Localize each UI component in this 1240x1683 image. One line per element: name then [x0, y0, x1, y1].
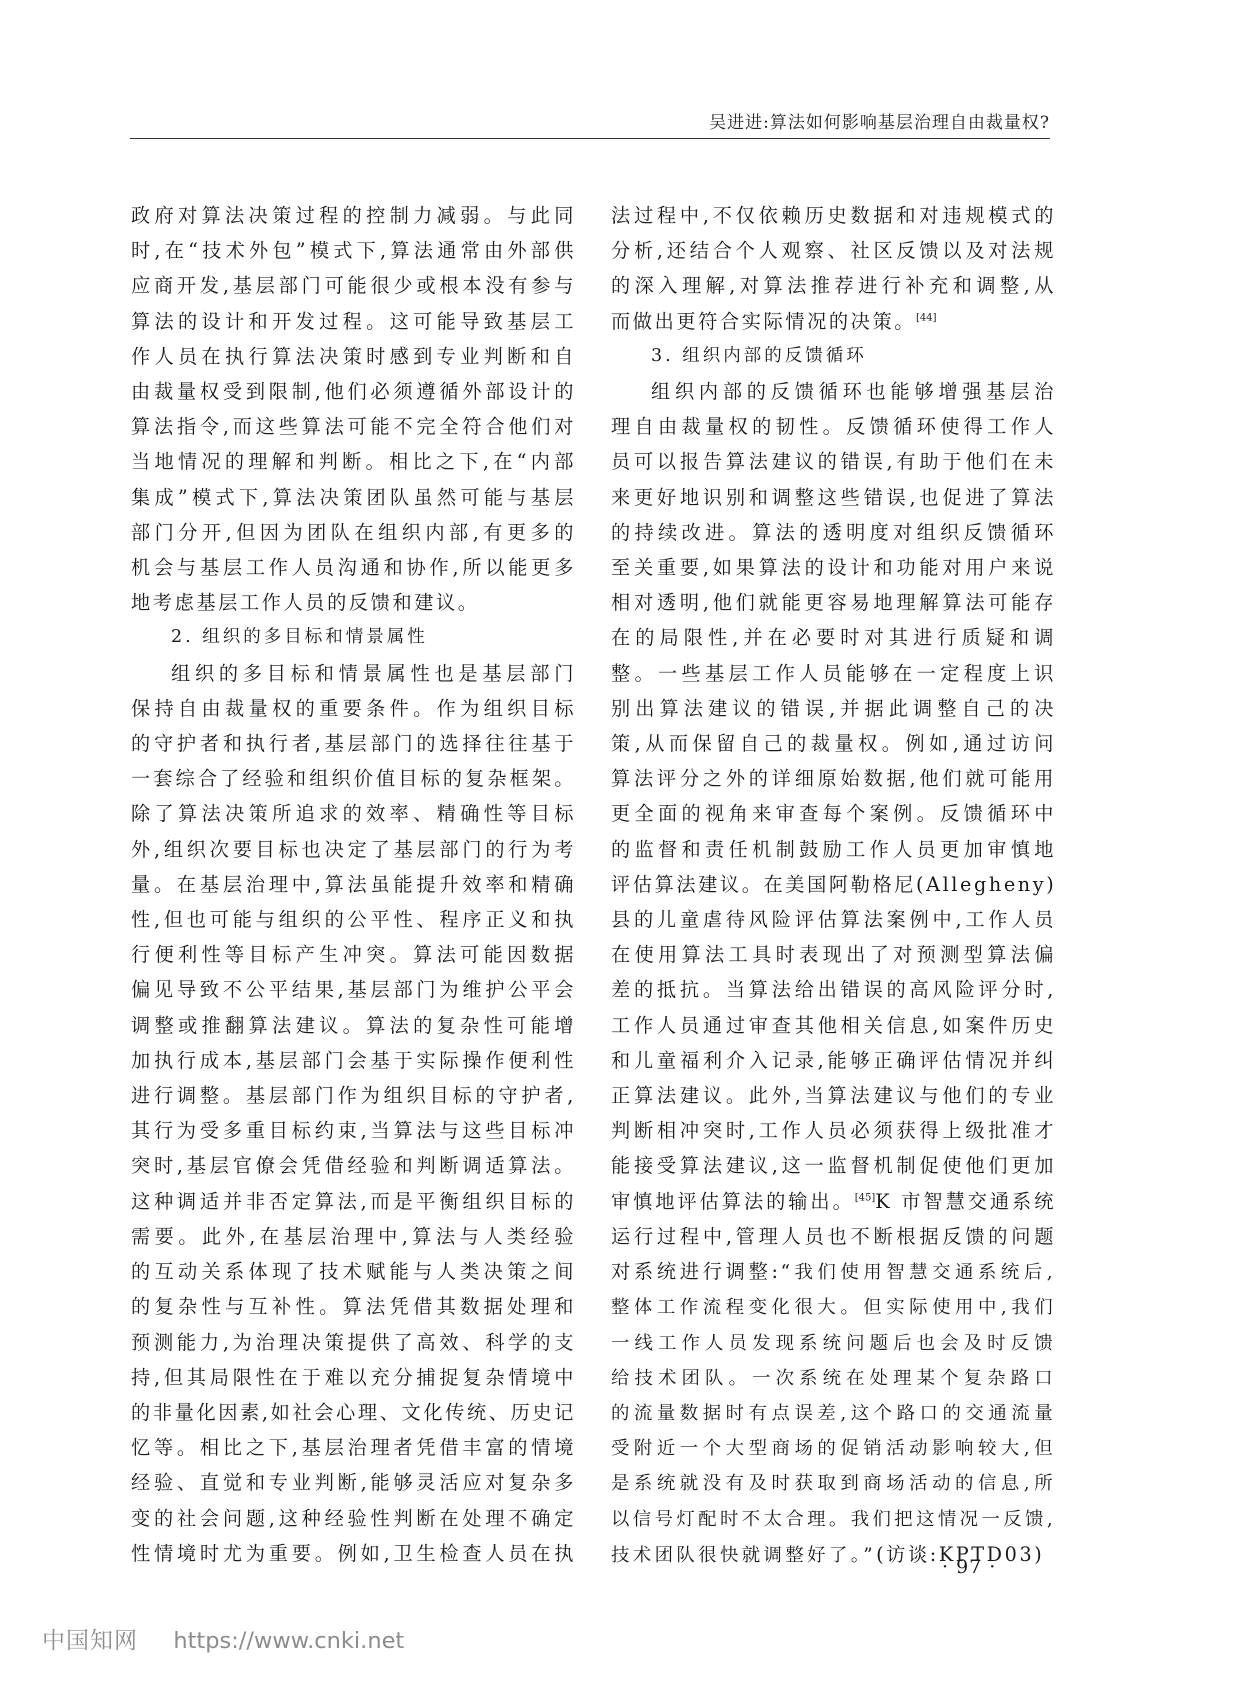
text-line: 算法的设计和开发过程。这可能导致基层工	[131, 304, 576, 339]
paragraph-continued: 法过程中,不仅依赖历史数据和对违规模式的 分析,还结合个人观察、社区反馈以及对法…	[611, 198, 1056, 339]
text-line: 组织的多目标和情景属性也是基层部门	[131, 656, 576, 691]
text-line: 外,组织次要目标也决定了基层部门的行为考	[131, 832, 576, 867]
text-line: 而做出更符合实际情况的决策。[44]	[611, 304, 1056, 339]
text-line: 能接受算法建议,这一监督机制促使他们更加	[611, 1148, 1056, 1183]
text-line: 在使用算法工具时表现出了对预测型算法偏	[611, 937, 1056, 972]
text-line: 需要。此外,在基层治理中,算法与人类经验	[131, 1219, 576, 1254]
text-line: 员可以报告算法建议的错误,有助于他们在未	[611, 444, 1056, 479]
text-line: 理自由裁量权的韧性。反馈循环使得工作人	[611, 409, 1056, 444]
right-column: 法过程中,不仅依赖历史数据和对违规模式的 分析,还结合个人观察、社区反馈以及对法…	[611, 198, 1056, 1573]
text-line: 的互动关系体现了技术赋能与人类决策之间	[131, 1254, 576, 1289]
text-line: 的监督和责任机制鼓励工作人员更加审慎地	[611, 832, 1056, 867]
text-line: 应商开发,基层部门可能很少或根本没有参与	[131, 268, 576, 303]
text-line: 加执行成本,基层部门会基于实际操作便利性	[131, 1043, 576, 1078]
watermark-url[interactable]: https://www.cnki.net	[173, 1628, 404, 1654]
text-line: 对系统进行调整:“我们使用智慧交通系统后,	[611, 1254, 1056, 1290]
paragraph-section-3: 组织内部的反馈循环也能够增强基层治 理自由裁量权的韧性。反馈循环使得工作人 员可…	[611, 374, 1056, 1573]
text-line: 行便利性等目标产生冲突。算法可能因数据	[131, 937, 576, 972]
text-line: 来更好地识别和调整这些错误,也促进了算法	[611, 480, 1056, 515]
text-line: 的复杂性与互补性。算法凭借其数据处理和	[131, 1289, 576, 1324]
text-line: 其行为受多重目标约束,当算法与这些目标冲	[131, 1113, 576, 1148]
text-line: 差的抵抗。当算法给出错误的高风险评分时,	[611, 972, 1056, 1007]
text-line: 性情境时尤为重要。例如,卫生检查人员在执	[131, 1536, 576, 1571]
interview-quote-end: 技术团队很快就调整好了。”	[611, 1545, 876, 1566]
section-subheading-3: 3. 组织内部的反馈循环	[611, 339, 1056, 374]
watermark-name: 中国知网	[42, 1628, 138, 1654]
text-line: 策,从而保留自己的裁量权。例如,通过访问	[611, 726, 1056, 761]
citation-44[interactable]: [44]	[916, 312, 937, 323]
text-line: 调整或推翻算法建议。算法的复杂性可能增	[131, 1008, 576, 1043]
text-line: 当地情况的理解和判断。相比之下,在“内部	[131, 444, 576, 479]
text-line: 时,在“技术外包”模式下,算法通常由外部供	[131, 233, 576, 268]
interview-quote-line: 给技术团队。一次系统在处理某个复杂路口	[611, 1361, 1056, 1396]
text-line: 整。一些基层工作人员能够在一定程度上识	[611, 656, 1056, 691]
text-line: 在的局限性,并在必要时对其进行质疑和调	[611, 620, 1056, 655]
text-line: 经验、直觉和专业判断,能够灵活应对复杂多	[131, 1465, 576, 1500]
paragraph-section-2: 组织的多目标和情景属性也是基层部门 保持自由裁量权的重要条件。作为组织目标 的守…	[131, 656, 576, 1571]
text-line: 机会与基层工作人员沟通和协作,所以能更多	[131, 550, 576, 585]
text-line: 政府对算法决策过程的控制力减弱。与此同	[131, 198, 576, 233]
interview-quote-line: 受附近一个大型商场的促销活动影响较大,但	[611, 1431, 1056, 1466]
text-line: 算法评分之外的详细原始数据,他们就可能用	[611, 761, 1056, 796]
citation-45[interactable]: [45]	[855, 1192, 876, 1203]
text-line: 运行过程中,管理人员也不断根据反馈的问题	[611, 1219, 1056, 1254]
running-title: 吴进进:算法如何影响基层治理自由裁量权?	[709, 108, 1050, 133]
interview-quote-start: “我们使用智慧交通系统后,	[781, 1262, 1056, 1283]
text-line: 忆等。相比之下,基层治理者凭借丰富的情境	[131, 1430, 576, 1465]
text-line: 更全面的视角来审查每个案例。反馈循环中	[611, 796, 1056, 831]
interview-quote-line: 是系统就没有及时获取到商场活动的信息,所	[611, 1466, 1056, 1501]
paragraph-continued: 政府对算法决策过程的控制力减弱。与此同 时,在“技术外包”模式下,算法通常由外部…	[131, 198, 576, 620]
interview-quote-line: 整体工作流程变化很大。但实际使用中,我们	[611, 1290, 1056, 1325]
text-fragment: 对系统进行调整:	[611, 1260, 781, 1283]
text-line: 算法指令,而这些算法可能不完全符合他们对	[131, 409, 576, 444]
page-number: · 97 ·	[942, 1556, 996, 1578]
text-line: 至关重要,如果算法的设计和功能对用户来说	[611, 550, 1056, 585]
text-line: 地考虑基层工作人员的反馈和建议。	[131, 585, 576, 620]
text-line: 预测能力,为治理决策提供了高效、科学的支	[131, 1325, 576, 1360]
text-line: 法过程中,不仅依赖历史数据和对违规模式的	[611, 198, 1056, 233]
text-line: 持,但其局限性在于难以充分捕捉复杂情境中	[131, 1360, 576, 1395]
text-line: 量。在基层治理中,算法虽能提升效率和精确	[131, 867, 576, 902]
text-line: 审慎地评估算法的输出。[45]K 市智慧交通系统	[611, 1184, 1056, 1219]
text-line: 的非量化因素,如社会心理、文化传统、历史记	[131, 1395, 576, 1430]
text-line: 由裁量权受到限制,他们必须遵循外部设计的	[131, 374, 576, 409]
text-line: 偏见导致不公平结果,基层部门为维护公平会	[131, 972, 576, 1007]
text-line: 进行调整。基层部门作为组织目标的守护者,	[131, 1078, 576, 1113]
text-line: 别出算法建议的错误,并据此调整自己的决	[611, 691, 1056, 726]
text-line: 突时,基层官僚会凭借经验和判断调适算法。	[131, 1148, 576, 1183]
left-column: 政府对算法决策过程的控制力减弱。与此同 时,在“技术外包”模式下,算法通常由外部…	[131, 198, 576, 1571]
interview-quote-line: 一线工作人员发现系统问题后也会及时反馈	[611, 1326, 1056, 1361]
text-line: 的深入理解,对算法推荐进行补充和调整,从	[611, 268, 1056, 303]
text-line: 分析,还结合个人观察、社区反馈以及对法规	[611, 233, 1056, 268]
text-fragment: 审慎地评估算法的输出。	[611, 1190, 855, 1213]
interview-quote-line: 的流量数据时有点误差,这个路口的交通流量	[611, 1396, 1056, 1431]
text-fragment: 而做出更符合实际情况的决策。	[611, 310, 916, 333]
text-line: 组织内部的反馈循环也能够增强基层治	[611, 374, 1056, 409]
text-line: 正算法建议。此外,当算法建议与他们的专业	[611, 1078, 1056, 1113]
text-line: 判断相冲突时,工作人员必须获得上级批准才	[611, 1113, 1056, 1148]
text-line: 除了算法决策所追求的效率、精确性等目标	[131, 796, 576, 831]
running-header: 吴进进:算法如何影响基层治理自由裁量权?	[130, 100, 1050, 139]
text-line: 性,但也可能与组织的公平性、程序正义和执	[131, 902, 576, 937]
text-line: 评估算法建议。在美国阿勒格尼(Allegheny)	[611, 867, 1056, 902]
text-line: 作人员在执行算法决策时感到专业判断和自	[131, 339, 576, 374]
text-line: 的守护者和执行者,基层部门的选择往往基于	[131, 726, 576, 761]
text-line: 县的儿童虐待风险评估算法案例中,工作人员	[611, 902, 1056, 937]
text-line: 和儿童福利介入记录,能够正确评估情况并纠	[611, 1043, 1056, 1078]
interview-quote-line: 以信号灯配时不太合理。我们把这情况一反馈,	[611, 1502, 1056, 1537]
text-line: 相对透明,他们就能更容易地理解算法可能存	[611, 585, 1056, 620]
text-line: 的持续改进。算法的透明度对组织反馈循环	[611, 515, 1056, 550]
text-line: 工作人员通过审查其他相关信息,如案件历史	[611, 1008, 1056, 1043]
cnki-watermark: 中国知网 https://www.cnki.net	[42, 1622, 404, 1655]
text-line: 部门分开,但因为团队在组织内部,有更多的	[131, 515, 576, 550]
text-line: 变的社会问题,这种经验性判断在处理不确定	[131, 1501, 576, 1536]
text-fragment: K 市智慧交通系统	[875, 1190, 1056, 1213]
text-line: 保持自由裁量权的重要条件。作为组织目标	[131, 691, 576, 726]
text-line: 这种调适并非否定算法,而是平衡组织目标的	[131, 1184, 576, 1219]
text-line: 一套综合了经验和组织价值目标的复杂框架。	[131, 761, 576, 796]
section-subheading-2: 2. 组织的多目标和情景属性	[131, 620, 576, 655]
text-line: 集成”模式下,算法决策团队虽然可能与基层	[131, 480, 576, 515]
